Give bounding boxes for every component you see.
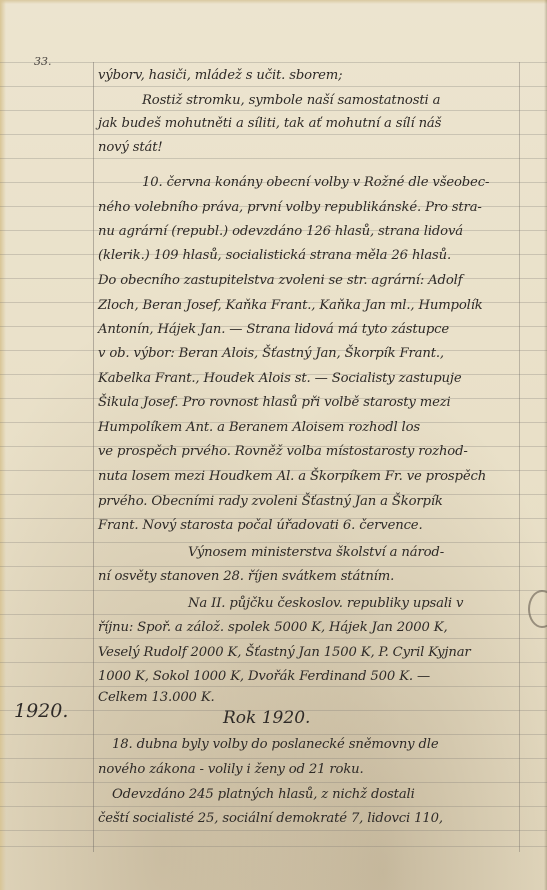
text-line: Do obecního zastupitelstva zvoleni se st… [98,273,462,288]
text-line: 1000 K, Sokol 1000 K, Dvořák Ferdinand 5… [98,669,430,684]
page-top-edge [0,0,547,4]
text-line: nuta losem mezi Houdkem Al. a Škorpíkem … [98,469,486,484]
text-line: Výnosem ministerstva školství a národ- [188,545,444,560]
text-line: Šikula Josef. Pro rovnost hlasů při volb… [98,395,451,410]
text-line: Frant. Nový starosta počal úřadovati 6. … [98,518,423,533]
text-line: nu agrární (republ.) odevzdáno 126 hlasů… [98,224,463,239]
text-line: ní osvěty stanoven 28. říjen svátkem stá… [98,569,394,584]
ruled-line [0,782,547,783]
text-line: Odevzdáno 245 platných hlasů, z nichž do… [112,787,415,802]
ruled-line [0,758,547,759]
text-line: ve prospěch prvého. Rovněž volba místost… [98,444,468,459]
text-line: Rostiž stromku, symbole naší samostatnos… [142,93,440,108]
ruled-line [0,806,547,807]
text-line: Humpolíkem Ant. a Beranem Aloisem rozhod… [98,420,420,435]
text-line: 18. dubna byly volby do poslanecké sněmo… [112,737,439,752]
margin-year-note: 1920. [14,700,68,722]
text-line: nový stát! [98,140,163,155]
ruled-line [0,110,547,111]
text-line: nového zákona - volily i ženy od 21 roku… [98,762,364,777]
ruled-line [0,846,547,847]
ruled-line [0,830,547,831]
ruled-line [0,62,547,63]
text-line: říjnu: Spoř. a zálož. spolek 5000 K, Háj… [98,620,448,635]
ruled-line [0,686,547,687]
text-line: čeští socialisté 25, sociální demokraté … [98,811,443,826]
ruled-line [0,134,547,135]
ink-bleed-mark [528,590,547,628]
ruled-line [0,614,547,615]
text-line: Kabelka Frant., Houdek Alois st. — Socia… [98,371,462,386]
text-line: Antonín, Hájek Jan. — Strana lidová má t… [98,322,449,337]
text-line: ného volebního práva, první volby republ… [98,200,482,215]
text-line: 10. června konány obecní volby v Rožné d… [142,175,489,190]
ruled-line [0,158,547,159]
text-line: v ob. výbor: Beran Alois, Šťastný Jan, Š… [98,346,444,361]
text-line: jak budeš mohutněti a síliti, tak ať moh… [98,116,441,131]
year-heading: Rok 1920. [223,708,310,728]
right-margin-line [519,62,520,852]
ruled-line [0,86,547,87]
text-line: Veselý Rudolf 2000 K, Šťastný Jan 1500 K… [98,645,471,660]
ruled-line [0,590,547,591]
text-line: Na II. půjčku českoslov. republiky upsal… [188,596,463,611]
ruled-line [0,566,547,567]
text-line: Celkem 13.000 K. [98,690,215,705]
chronicle-page: 33. 1920. výborv, hasiči, mládež s učit.… [0,0,547,890]
ruled-line [0,638,547,639]
page-number: 33. [34,55,52,68]
text-line: výborv, hasiči, mládež s učit. sborem; [98,68,342,83]
ruled-line [0,542,547,543]
left-margin-line [93,62,94,852]
text-line: Zloch, Beran Josef, Kaňka Frant., Kaňka … [98,298,483,313]
ruled-line [0,734,547,735]
text-line: (klerik.) 109 hlasů, socialistická stran… [98,248,451,263]
ruled-line [0,662,547,663]
text-line: prvého. Obecními rady zvoleni Šťastný Ja… [98,494,443,509]
